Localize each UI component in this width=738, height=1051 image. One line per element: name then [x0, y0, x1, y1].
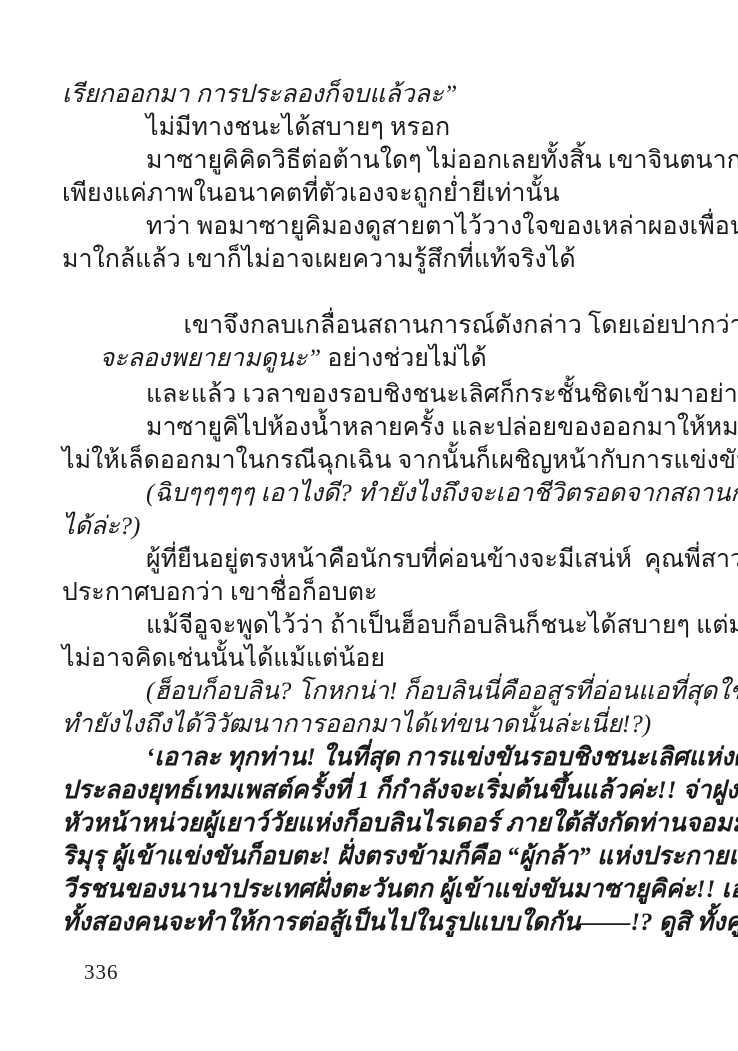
announcer-line: ทั้งสองคนจะทำให้การต่อสู้เป็นไปในรูปแบบใ…: [62, 906, 678, 939]
text-line: ไม่มีทางชนะได้สบายๆ หรอก: [62, 111, 678, 144]
announcer-line: ประลองยุทธ์เทมเพสต์ครั้งที่ 1 ก็กำลังจะเ…: [62, 774, 678, 807]
text-line: มาซายูคิไปห้องน้ำหลายครั้ง และปล่อยของออ…: [62, 411, 678, 444]
text-line: เขาจึงกลบเกลื่อนสถานการณ์ดังกล่าว โดยเอ่…: [62, 276, 678, 309]
text-line: ผู้ที่ยืนอยู่ตรงหน้าคือนักรบที่ค่อนข้างจ…: [62, 543, 678, 576]
text-line: แม้จีอูจะพูดไว้ว่า ถ้าเป็นฮ็อบก็อบลินก็ช…: [62, 609, 678, 642]
announcer-line: ริมุรุ ผู้เข้าแข่งขันก็อบตะ! ฝั่งตรงข้าม…: [62, 840, 678, 873]
text-line: ประกาศบอกว่า เขาชื่อก็อบตะ: [62, 576, 678, 609]
text-line: ไม่อาจคิดเช่นนั้นได้แม้แต่น้อย: [62, 642, 678, 675]
text-line: ทว่า พอมาซายูคิมองดูสายตาไว้วางใจของเหล่…: [62, 210, 678, 243]
inner-thought-line: ทำยังไงถึงได้วิวัฒนาการออกมาได้เท่ขนาดนั…: [62, 708, 678, 741]
announcer-line: หัวหน้าหน่วยผู้เยาว์วัยแห่งก็อบลินไรเดอร…: [62, 807, 678, 840]
inner-thought-line: ได้ล่ะ?): [62, 510, 678, 543]
text-line: เรียกออกมา การประลองก็จบแล้วละ”: [62, 78, 678, 111]
announcer-line: ‘เอาละ ทุกท่าน! ในที่สุด การแข่งขันรอบชิ…: [62, 741, 678, 774]
inner-thought-line: (ฮ็อบก็อบลิน? โกหกน่า! ก็อบลินนี่คืออสูร…: [62, 675, 678, 708]
text-line: มาซายูคิคิดวิธีต่อต้านใดๆ ไม่ออกเลยทั้งส…: [62, 144, 678, 177]
quoted-speech-segment: จะลองพยายามดูนะ”: [100, 345, 322, 372]
page-text: เรียกออกมา การประลองก็จบแล้วละ” ไม่มีทาง…: [62, 78, 678, 939]
inner-thought-line: (ฉิบๆๆๆๆๆ เอาไงดี? ทำยังไงถึงจะเอาชีวิตร…: [62, 477, 678, 510]
text-segment: เขาจึงกลบเกลื่อนสถานการณ์ดังกล่าว โดยเอ่…: [184, 312, 738, 339]
page-number: 336: [84, 958, 119, 986]
text-line: มาใกล้แล้ว เขาก็ไม่อาจเผยความรู้สึกที่แท…: [62, 243, 678, 276]
announcer-line: วีรชนของนานาประเทศฝั่งตะวันตก ผู้เข้าแข่…: [62, 873, 678, 906]
text-line: ไม่ให้เล็ดออกมาในกรณีฉุกเฉิน จากนั้นก็เผ…: [62, 444, 678, 477]
text-segment: อย่างช่วยไม่ได้: [321, 345, 487, 372]
book-page: เรียกออกมา การประลองก็จบแล้วละ” ไม่มีทาง…: [0, 0, 738, 1051]
text-line: เพียงแค่ภาพในอนาคตที่ตัวเองจะถูกย่ำยีเท่…: [62, 177, 678, 210]
text-line: และแล้ว เวลาของรอบชิงชนะเลิศก็กระชั้นชิด…: [62, 378, 678, 411]
